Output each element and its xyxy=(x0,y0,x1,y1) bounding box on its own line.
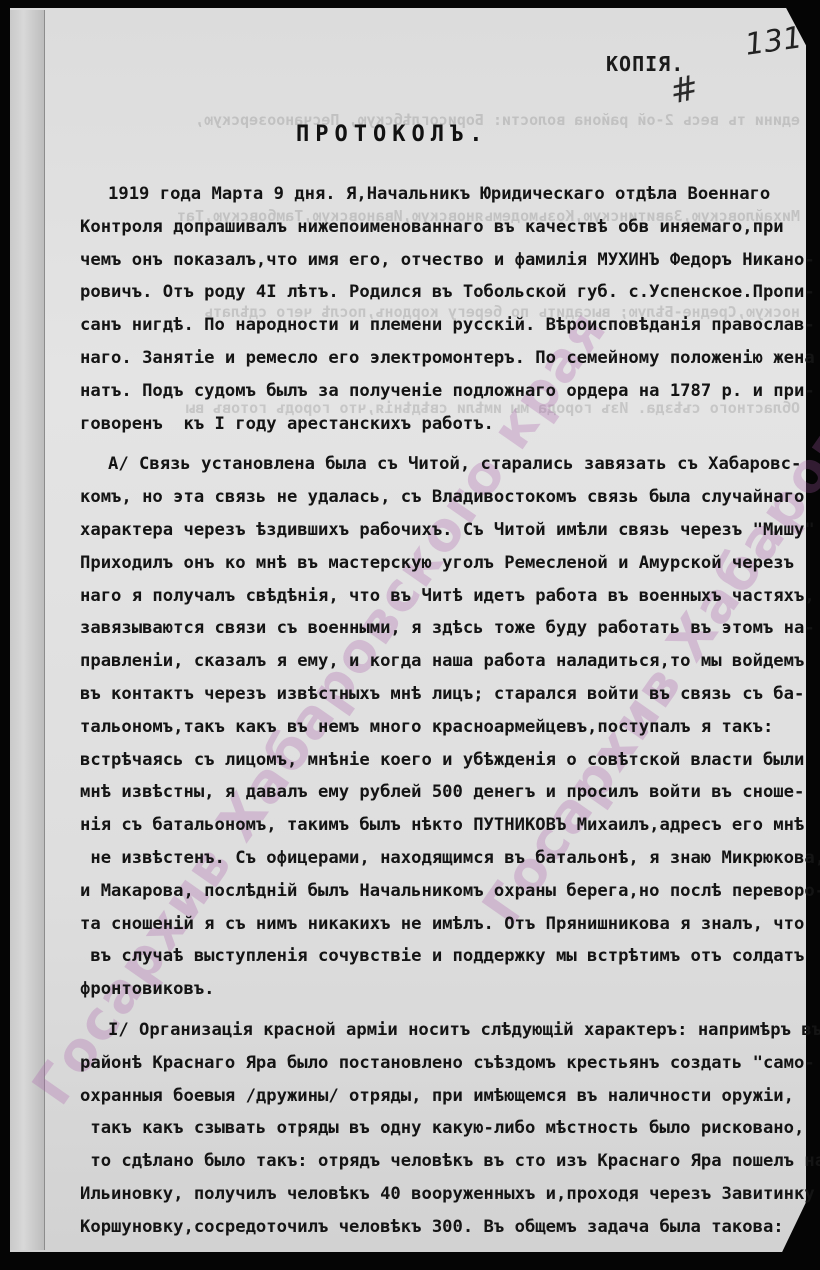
text-line: мнѣ извѣстны, я давалъ ему рублей 500 де… xyxy=(80,776,815,809)
text-line: то сдѣлано было такъ: отрядъ человѣкъ въ… xyxy=(80,1145,815,1178)
section-a-start: А/ Связь установлена была съ Читой, стар… xyxy=(80,448,815,481)
text-line: характера черезъ ѣздившихъ рабочихъ. Съ … xyxy=(80,514,815,547)
text-line: въ контактъ черезъ извѣстныхъ мнѣ лицъ; … xyxy=(80,678,815,711)
document-title: ПРОТОКОЛЪ. xyxy=(296,122,488,147)
text-line: районѣ Краснаго Яра было постановлено съ… xyxy=(80,1047,815,1080)
text-line: нія съ батальономъ, такимъ былъ нѣкто ПУ… xyxy=(80,809,815,842)
text-line: натъ. Подъ судомъ былъ за полученіе подл… xyxy=(80,375,815,408)
text-line: встрѣчаясь съ лицомъ, мнѣніе коего и убѣ… xyxy=(80,744,815,777)
text-line: чемъ онъ показалъ,что имя его, отчество … xyxy=(80,244,815,277)
text-line: и Макарова, послѣдній былъ Начальникомъ … xyxy=(80,875,815,908)
text-line: ровичъ. Отъ роду 4I лѣтъ. Родился въ Тоб… xyxy=(80,276,815,309)
binding-strip xyxy=(10,10,45,1250)
text-line: охранныя боевыя /дружины/ отряды, при им… xyxy=(80,1080,815,1113)
section-1-start: I/ Организація красной арміи носитъ слѣд… xyxy=(80,1014,815,1047)
text-line: правленіи, сказалъ я ему, и когда наша р… xyxy=(80,645,815,678)
text-line: завязываются связи съ военными, я здѣсь … xyxy=(80,612,815,645)
text-line: та сношеній я съ нимъ никакихъ не имѣлъ.… xyxy=(80,908,815,941)
text-line: санъ нигдѣ. По народности и племени русс… xyxy=(80,309,815,342)
text-line: фронтовиковъ. xyxy=(80,973,815,1006)
text-line: Ильиновку, получилъ человѣкъ 40 вооружен… xyxy=(80,1178,815,1211)
text-line: тальономъ,такъ какъ въ немъ много красно… xyxy=(80,711,815,744)
text-line: комъ, но эта связь не удалась, съ Владив… xyxy=(80,481,815,514)
protocol-body: 1919 года Марта 9 дня. Я,Начальникъ Юрид… xyxy=(80,178,815,1244)
text-line: Контроля допрашивалъ нижепоименованнаго … xyxy=(80,211,815,244)
margin-line xyxy=(44,10,45,1250)
text-line: наго. Занятіе и ремесло его электромонте… xyxy=(80,342,815,375)
text-line: въ случаѣ выступленія сочувствіе и подде… xyxy=(80,940,815,973)
text-line: 1919 года Марта 9 дня. Я,Начальникъ Юрид… xyxy=(80,178,815,211)
text-line: Коршуновку,сосредоточилъ человѣкъ 300. В… xyxy=(80,1211,815,1244)
text-line: наго я получалъ свѣдѣнія, что въ Читѣ ид… xyxy=(80,580,815,613)
text-line: Приходилъ онъ ко мнѣ въ мастерскую уголъ… xyxy=(80,547,815,580)
text-line: не извѣстенъ. Съ офицерами, находящимся … xyxy=(80,842,815,875)
text-line: говоренъ къ I году арестанскихъ работъ. xyxy=(80,408,815,441)
text-line: такъ какъ сзывать отряды въ одну какую-л… xyxy=(80,1112,815,1145)
